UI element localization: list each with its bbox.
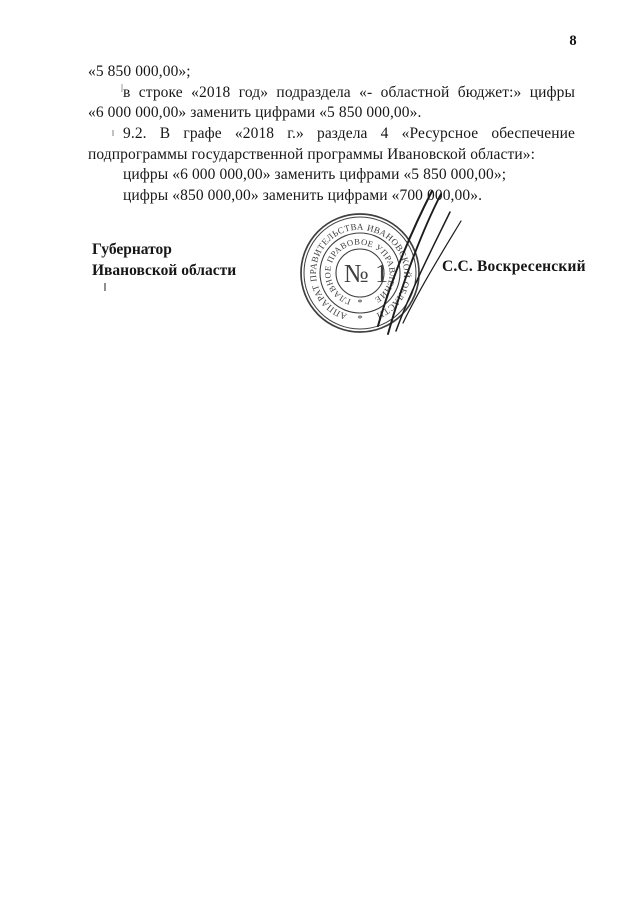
signer-title-line2: Ивановской области <box>92 260 236 281</box>
signer-title-line1: Губернатор <box>92 239 236 260</box>
stamp-outer-ring-text: АППАРАТ ПРАВИТЕЛЬСТВА ИВАНОВСКОЙ ОБЛАСТИ <box>308 222 412 322</box>
svg-text:АППАРАТ ПРАВИТЕЛЬСТВА ИВАНОВСК: АППАРАТ ПРАВИТЕЛЬСТВА ИВАНОВСКОЙ ОБЛАСТИ <box>308 222 412 322</box>
document-line: в строке «2018 год» подраздела «- област… <box>88 83 575 104</box>
scan-artifact <box>104 283 106 291</box>
document-line: цифры «6 000 000,00» заменить цифрами «5… <box>88 165 575 186</box>
signer-title: Губернатор Ивановской области <box>92 239 236 281</box>
scan-artifact <box>112 130 114 136</box>
svg-text:ГЛАВНОЕ ПРАВОВОЕ УПРАВЛЕНИЕ: ГЛАВНОЕ ПРАВОВОЕ УПРАВЛЕНИЕ <box>322 236 397 307</box>
document-line: цифры «850 000,00» заменить цифрами «700… <box>88 186 575 207</box>
document-line: подпрограммы государственной программы И… <box>88 145 575 166</box>
document-body: «5 850 000,00»;в строке «2018 год» подра… <box>88 62 575 207</box>
page-number: 8 <box>566 33 580 50</box>
signer-name: С.С. Воскресенский <box>442 258 586 276</box>
stamp-inner-ring-text: ГЛАВНОЕ ПРАВОВОЕ УПРАВЛЕНИЕ <box>322 236 397 307</box>
stamp-outer-star: * <box>357 313 363 325</box>
document-line: «5 850 000,00»; <box>88 62 575 83</box>
round-stamp-icon: АППАРАТ ПРАВИТЕЛЬСТВА ИВАНОВСКОЙ ОБЛАСТИ… <box>301 214 419 332</box>
document-page: 8 «5 850 000,00»;в строке «2018 год» под… <box>0 0 640 905</box>
scan-artifact <box>121 84 123 92</box>
document-line: «6 000 000,00» заменить цифрами «5 850 0… <box>88 103 575 124</box>
stamp-inner-star: * <box>358 298 363 309</box>
document-line: 9.2. В графе «2018 г.» раздела 4 «Ресурс… <box>88 124 575 145</box>
stamp-center-number: № 1 <box>344 259 388 288</box>
